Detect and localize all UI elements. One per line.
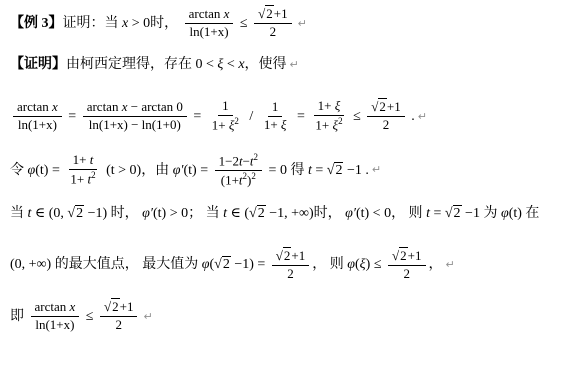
text-run: 1−2 (219, 153, 239, 168)
fraction-denominator: ln(1+x) (185, 24, 232, 40)
superscript: 2 (251, 171, 256, 181)
fraction-denominator: 1+ t2 (66, 170, 99, 187)
math-fraction: √2+12 (367, 100, 404, 133)
fraction-numerator: arctan x − arctan 0 (83, 100, 187, 117)
fraction-numerator: √2+1 (367, 100, 404, 117)
text-run: arctan (17, 99, 52, 114)
math-fraction: √2+12 (388, 249, 425, 282)
sqrt-radical: √2 (67, 205, 84, 223)
text-run: 2 (270, 24, 277, 39)
text-run: 2 (287, 266, 294, 281)
text-run: 1 (222, 98, 229, 113)
text-run: (0, +∞) 的最大值点， 最大值为 (10, 256, 202, 274)
math-fraction: √2+12 (254, 7, 291, 40)
text-run: ， (429, 256, 443, 274)
paragraph-mark-icon: ↵ (298, 17, 307, 31)
math-variable: φ′ (345, 205, 356, 223)
fraction-numerator: arctan x (13, 100, 62, 117)
fraction-denominator: 1+ ξ2 (208, 116, 243, 133)
text-run: = (312, 162, 327, 180)
math-variable: φ (347, 256, 355, 274)
fraction-numerator: 1 (218, 99, 233, 116)
text-run: (1+ (221, 172, 239, 187)
text-run: (t) = (184, 162, 212, 180)
math-fraction: √2+12 (272, 249, 309, 282)
math-variable: ξ (335, 98, 341, 113)
conclusion-line: 即 arctan xln(1+x) ≤ √2+12↵ (10, 300, 553, 333)
text-run: (t) > 0； 当 (153, 205, 223, 223)
text-run: / (246, 108, 257, 126)
phi-definition-line: 令 φ(t) = 1+ t1+ t2 (t > 0)，由 φ′(t) = 1−2… (10, 153, 553, 189)
math-variable: φ (501, 205, 509, 223)
text-run: arctan (35, 299, 70, 314)
sqrt-radicand: 2 (75, 205, 84, 221)
superscript: 2 (234, 116, 239, 126)
example-heading-line: 【例 3】证明：当 x > 0时， arctan xln(1+x) ≤ √2+1… (10, 7, 553, 40)
text-run: +1 (291, 248, 305, 263)
fraction-denominator: 2 (266, 24, 281, 40)
text-run: −1 为 (462, 205, 501, 223)
paragraph-mark-icon: ↵ (418, 110, 427, 124)
text-run: ， 则 (312, 256, 347, 274)
text-run: ≤ (82, 308, 97, 326)
text-run: ∈ (0, (31, 205, 67, 223)
sqrt-radical: √2 (214, 256, 231, 274)
text-run: = (65, 108, 80, 126)
sqrt-radicand: 2 (334, 162, 343, 178)
text-run: ≤ (236, 15, 251, 33)
text-run: −1) 时， (84, 205, 142, 223)
sqrt-radical: √2 (327, 162, 344, 180)
document-body: 【例 3】证明：当 x > 0时， arctan xln(1+x) ≤ √2+1… (10, 7, 553, 333)
text-run: 1+ (315, 118, 332, 133)
paragraph-mark-icon: ↵ (290, 58, 299, 72)
fraction-denominator: 2 (400, 266, 415, 282)
text-run: 2 (383, 117, 390, 132)
text-run: 1+ (70, 172, 87, 187)
math-variable: φ (202, 256, 210, 274)
monotonicity-line: 当 t ∈ (0, √2 −1) 时， φ′(t) > 0； 当 t ∈ (√2… (10, 205, 553, 223)
text-run: (t) = (35, 162, 63, 180)
fraction-denominator: (1+t2)2 (217, 171, 260, 188)
fraction-numerator: 1+ t (69, 153, 98, 170)
superscript: 2 (338, 116, 343, 126)
math-fraction: arctan x − arctan 0ln(1+x) − ln(1+0) (83, 100, 187, 133)
sqrt-radicand: 2 (265, 5, 274, 21)
fraction-numerator: arctan x (185, 7, 234, 24)
fraction-denominator: 2 (283, 266, 298, 282)
bold-text-run: 【证明】 (10, 56, 66, 74)
fraction-denominator: ln(1+x) (14, 117, 61, 133)
text-run: ≤ (350, 108, 365, 126)
text-run: (t) 在 (509, 205, 540, 223)
text-run: 1 (272, 99, 279, 114)
fraction-numerator: 1+ ξ (314, 99, 345, 116)
text-run: 1+ (264, 117, 281, 132)
text-run: −1 . (343, 162, 368, 180)
math-proof-document: 【例 3】证明：当 x > 0时， arctan xln(1+x) ≤ √2+1… (0, 0, 563, 391)
text-run: < (223, 56, 238, 74)
math-variable: x (70, 299, 76, 314)
fraction-denominator: 2 (379, 117, 394, 133)
text-run: ) ≤ (366, 256, 385, 274)
text-run: > 0时， (128, 15, 181, 33)
text-run: arctan (189, 6, 224, 21)
fraction-denominator: 1+ ξ (260, 117, 291, 133)
fraction-numerator: arctan x (31, 300, 80, 317)
math-variable: t (90, 152, 94, 167)
text-run: = 0 得 (265, 162, 308, 180)
text-run: ln(1+x) (18, 117, 57, 132)
text-run: ln(1+x) (189, 24, 228, 39)
math-fraction: 1+ ξ1+ ξ2 (311, 99, 346, 133)
text-run: +1 (120, 299, 134, 314)
math-fraction: 11+ ξ2 (208, 99, 243, 133)
text-run: 当 (10, 205, 28, 223)
text-run: = (293, 108, 308, 126)
text-run: 证明：当 (63, 15, 123, 33)
text-run: 即 (10, 308, 28, 326)
text-run: 1+ (318, 98, 335, 113)
text-run: (t > 0)，由 (103, 162, 173, 180)
sqrt-radicand: 2 (453, 205, 462, 221)
sqrt-radicand: 2 (257, 205, 266, 221)
text-run: − arctan 0 (128, 99, 183, 114)
math-fraction: 11+ ξ (260, 100, 291, 133)
sqrt-radical: √2 (104, 298, 120, 314)
math-fraction: 1+ t1+ t2 (66, 153, 99, 187)
sqrt-radical: √2 (445, 205, 462, 223)
maximum-value-line: (0, +∞) 的最大值点， 最大值为 φ(√2 −1) = √2+12， 则 … (10, 249, 553, 282)
text-run: 1+ (73, 152, 90, 167)
fraction-denominator: ln(1+x) (31, 317, 78, 333)
text-run: − (243, 153, 250, 168)
sqrt-radical: √2 (392, 247, 408, 263)
text-run: ，使得 (245, 56, 287, 74)
paragraph-mark-icon: ↵ (143, 310, 152, 324)
fraction-numerator: √2+1 (272, 249, 309, 266)
sqrt-radical: √2 (249, 205, 266, 223)
cauchy-equation-line: arctan xln(1+x) = arctan x − arctan 0ln(… (10, 99, 553, 133)
text-run: ln(1+x) (35, 317, 74, 332)
proof-intro-line: 【证明】由柯西定理得，存在 0 < ξ < x，使得↵ (10, 56, 553, 74)
fraction-numerator: √2+1 (388, 249, 425, 266)
text-run: +1 (408, 248, 422, 263)
sqrt-radical: √2 (258, 5, 274, 21)
sqrt-radical: √2 (276, 247, 292, 263)
text-run: +1 (387, 99, 401, 114)
math-fraction: 1−2t−t2(1+t2)2 (215, 153, 262, 189)
superscript: 2 (91, 170, 96, 180)
math-fraction: arctan xln(1+x) (185, 7, 234, 40)
text-run: 令 (10, 162, 28, 180)
fraction-numerator: √2+1 (100, 300, 137, 317)
math-variable: φ′ (142, 205, 153, 223)
superscript: 2 (254, 152, 259, 162)
text-run: ln(1+x) − ln(1+0) (89, 117, 181, 132)
sqrt-radicand: 2 (222, 256, 231, 272)
fraction-denominator: ln(1+x) − ln(1+0) (85, 117, 185, 133)
fraction-denominator: 2 (111, 317, 126, 333)
sqrt-radical: √2 (371, 98, 387, 114)
text-run: (t) < 0， 则 (356, 205, 426, 223)
paragraph-mark-icon: ↵ (446, 258, 455, 272)
text-run: ∈ ( (227, 205, 249, 223)
text-run: 2 (404, 266, 411, 281)
math-fraction: √2+12 (100, 300, 137, 333)
text-run: 由柯西定理得，存在 0 < (66, 56, 217, 74)
math-fraction: arctan xln(1+x) (31, 300, 80, 333)
math-variable: φ (28, 162, 36, 180)
math-variable: x (224, 6, 230, 21)
fraction-numerator: 1−2t−t2 (215, 153, 262, 171)
math-variable: ξ (281, 117, 287, 132)
text-run: arctan (87, 99, 122, 114)
math-variable: φ′ (173, 162, 184, 180)
sqrt-radicand: 2 (378, 98, 387, 114)
text-run: 2 (115, 317, 122, 332)
bold-text-run: 【例 3】 (10, 15, 63, 33)
text-run: −1, +∞)时， (266, 205, 345, 223)
sqrt-radicand: 2 (111, 298, 120, 314)
math-variable: x (52, 99, 58, 114)
text-run: 1+ (212, 118, 229, 133)
text-run: = (430, 205, 445, 223)
math-fraction: arctan xln(1+x) (13, 100, 62, 133)
text-run: . (408, 108, 415, 126)
fraction-denominator: 1+ ξ2 (311, 116, 346, 133)
text-run: +1 (274, 6, 288, 21)
paragraph-mark-icon: ↵ (372, 163, 381, 177)
fraction-numerator: 1 (268, 100, 283, 117)
sqrt-radicand: 2 (399, 247, 408, 263)
text-run: −1) = (231, 256, 269, 274)
fraction-numerator: √2+1 (254, 7, 291, 24)
text-run: = (190, 108, 205, 126)
